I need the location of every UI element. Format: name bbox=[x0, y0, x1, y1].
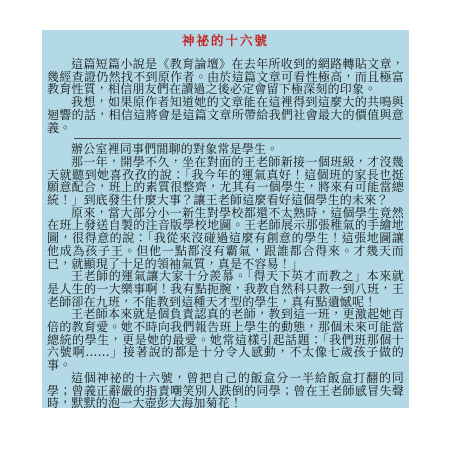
intro-paragraph: 這篇短篇小說是《教育論壇》在去年所收到的網路轉貼文章，幾經查證仍然找不到原作者。… bbox=[47, 58, 404, 96]
story-paragraph: 那一年，開學不久，坐在對面的王老師新接一個班級，才沒幾天就聽到她喜孜孜的說：「我… bbox=[47, 156, 404, 207]
story-paragraph: 王老師的運氣讓大家十分羨慕。「得天下英才而教之」本來就是人生的一大樂事啊！我有點… bbox=[47, 270, 404, 308]
story-paragraph: 這個神祕的十六號，曾把自己的飯盒分一半給飯盒打翻的同學；曾義正辭嚴的指責嘲笑別人… bbox=[47, 372, 404, 408]
intro-paragraph: 我想，如果原作者知道她的文章能在這裡得到這麼大的共鳴與迴響的話，相信這將會是這篇… bbox=[47, 96, 404, 134]
document-page: 神祕的十六號 這篇短篇小說是《教育論壇》在去年所收到的網路轉貼文章，幾經查證仍然… bbox=[0, 0, 452, 452]
story-paragraph: 原來，當大部分小一新生對學校都還不太熟時，這個學生竟然在班上發送自製的注音版學校… bbox=[47, 207, 404, 271]
story-panel: 神祕的十六號 這篇短篇小說是《教育論壇》在去年所收到的網路轉貼文章，幾經查證仍然… bbox=[42, 30, 409, 408]
page-title: 神祕的十六號 bbox=[47, 34, 404, 47]
story-paragraph: 王老師本來就是個負責認真的老師，教到這一班，更激起她百倍的教育愛。她不時向我們報… bbox=[47, 308, 404, 372]
section-divider bbox=[74, 138, 401, 139]
